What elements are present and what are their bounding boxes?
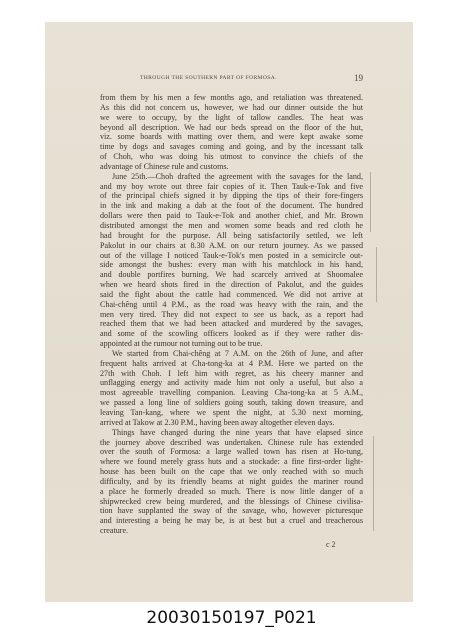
text-line: when we heard shots fired in the directi… (100, 280, 363, 290)
text-line: and my boy wrote out three fair copies o… (100, 182, 363, 192)
text-line: frequent halts arrived at Cha-tong-ka at… (100, 359, 363, 369)
text-line: and some of the scowling officers looked… (100, 329, 363, 339)
text-line: appointed at the rumour not turning out … (100, 339, 363, 349)
text-line: Pakolut in our chairs at 8.30 A.M. on ou… (100, 241, 363, 251)
margin-mark (373, 436, 374, 531)
text-line: we were to occupy, by the light of tallo… (100, 113, 363, 123)
text-line: had brought for the purpose. All being s… (100, 231, 363, 241)
text-line: of Choh, who was doing his utmost to con… (100, 152, 363, 162)
text-line: unflagging energy and activity made him … (100, 378, 363, 388)
page-header: THROUGH THE SOUTHERN PART OF FORMOSA. 19 (100, 73, 363, 85)
text-line: Things have changed during the nine year… (100, 428, 363, 438)
text-line: arrived at Takow at 2.30 P.M., having be… (100, 418, 363, 428)
text-line: house has been built on the cape that we… (100, 467, 363, 477)
text-line: the journey above described was undertak… (100, 438, 363, 448)
text-line: we passed a long line of soldiers going … (100, 398, 363, 408)
text-line: creature. (100, 526, 363, 536)
text-line: a place he formerly dreaded so much. The… (100, 487, 363, 497)
text-line: leaving Tan-kang, where we spent the nig… (100, 408, 363, 418)
text-line: 27th with Choh. I left him with regret, … (100, 369, 363, 379)
text-line: from them by his men a few months ago, a… (100, 93, 363, 103)
page-number: 19 (354, 73, 363, 83)
text-line: June 25th.—Choh drafted the agreement wi… (100, 172, 363, 182)
text-line: difficulty, and by its friendly beams at… (100, 477, 363, 487)
text-line: Chai-chêng until 4 P.M., as the road was… (100, 300, 363, 310)
text-line: tion have supplanted the sway of the sav… (100, 506, 363, 516)
text-line: where we found merely grass huts and a s… (100, 457, 363, 467)
text-line: dollars were then paid to Tauk-e-Tok and… (100, 211, 363, 221)
text-line: side amongst the bushes: every man with … (100, 260, 363, 270)
text-line: most agreeable travelling companion. Lea… (100, 388, 363, 398)
text-line: distributed amongst the men and women so… (100, 221, 363, 231)
margin-mark (376, 247, 377, 302)
text-line: over the south of Formosa: a large walle… (100, 447, 363, 457)
body-text: from them by his men a few months ago, a… (100, 93, 363, 536)
text-line: viz. some boards with matting over them,… (100, 132, 363, 142)
text-line: time by dogs and savages coming and goin… (100, 142, 363, 152)
text-line: reached them that we had been attacked a… (100, 319, 363, 329)
text-line: and interesting a being he may be, is at… (100, 516, 363, 526)
text-line: in the ink and making a dab at the foot … (100, 201, 363, 211)
text-line: of the principal chiefs signed it by dip… (100, 191, 363, 201)
image-caption: 20030150197_P021 (0, 608, 463, 628)
text-line: said the fight about the cattle had comm… (100, 290, 363, 300)
text-line: and double portfires burning. We had sca… (100, 270, 363, 280)
margin-mark (370, 172, 371, 232)
text-line: beyond all description. We had our beds … (100, 123, 363, 133)
text-line: shipwrecked crew being murdered, and the… (100, 497, 363, 507)
signature-mark: c 2 (326, 540, 336, 549)
text-line: We started from Chai-chêng at 7 A.M. on … (100, 349, 363, 359)
text-line: advantage of Chinese rule and customs. (100, 162, 363, 172)
running-head: THROUGH THE SOUTHERN PART OF FORMOSA. (140, 75, 277, 81)
text-line: men very tired. They did not expect to s… (100, 310, 363, 320)
text-line: As this did not concern us, however, we … (100, 103, 363, 113)
text-line: out of the village I noticed Tauk-e-Tok'… (100, 251, 363, 261)
